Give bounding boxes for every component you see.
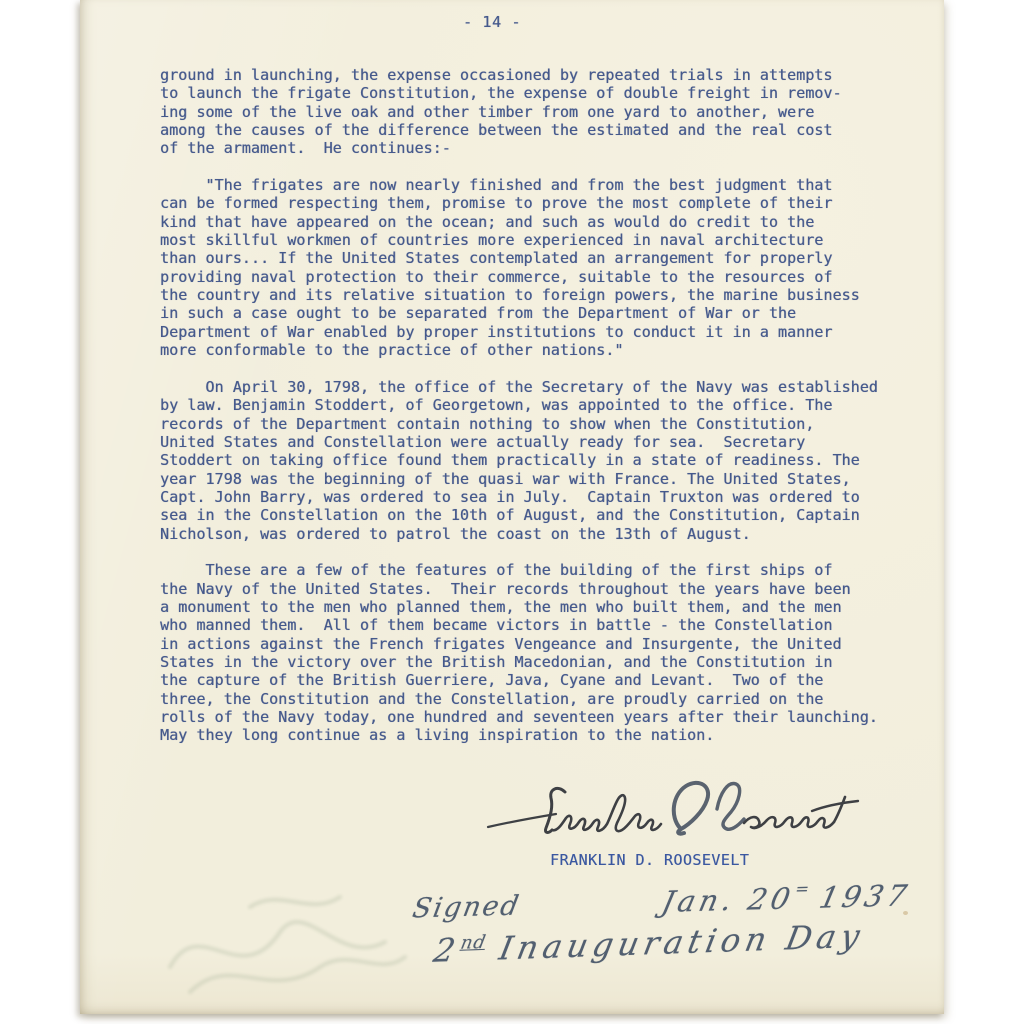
- annotation-date-ordinal-mark: =: [793, 879, 811, 898]
- annotation-date-month-day: Jan. 20: [659, 881, 797, 919]
- annotation-date-year: 1937: [816, 878, 913, 915]
- paragraph: On April 30, 1798, the office of the Sec…: [160, 378, 920, 543]
- document-body: ground in launching, the expense occasio…: [160, 66, 920, 763]
- photo-background: - 14 - ground in launching, the expense …: [0, 0, 1024, 1024]
- page-number: - 14 -: [80, 13, 904, 31]
- paragraph: ground in launching, the expense occasio…: [160, 66, 920, 158]
- paragraph: These are a few of the features of the b…: [160, 561, 920, 744]
- paper-speck: [903, 911, 908, 915]
- typed-signature-name: FRANKLIN D. ROOSEVELT: [550, 851, 749, 869]
- annotation-date: Jan. 20= 1937: [659, 876, 914, 919]
- ink-bleed-ghost: [130, 872, 440, 1017]
- paper-sheet: - 14 - ground in launching, the expense …: [80, 0, 944, 1014]
- fdr-signature-icon: [470, 775, 870, 853]
- paragraph: "The frigates are now nearly finished an…: [160, 176, 920, 359]
